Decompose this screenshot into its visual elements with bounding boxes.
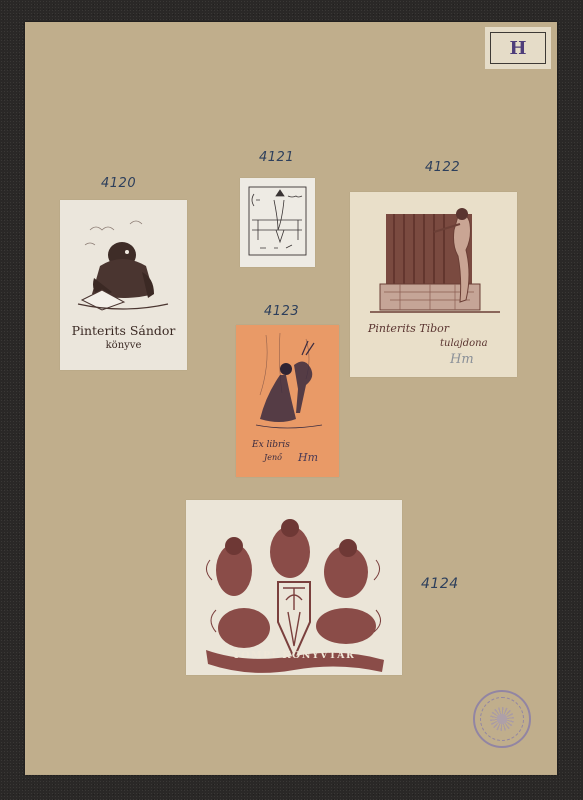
album-sheet: H 4120 Pinterits Sándor könyve 4121 [25, 22, 557, 775]
catalog-number-4121: 4121 [259, 150, 294, 165]
catalog-number-4124: 4124 [421, 576, 459, 592]
bookplate-4123: Ex libris Jenő Hm [236, 325, 339, 477]
dancing-couple-icon [236, 325, 339, 440]
bookplate-4122-subtitle: tulajdona [440, 338, 517, 349]
bookplate-4122: Pinterits Tibor tulajdona Hm [350, 192, 517, 377]
bookplate-4123-signature: Hm [298, 451, 339, 464]
catalog-number-4123: 4123 [264, 304, 299, 319]
monkeys-with-shield-icon [186, 500, 402, 675]
ape-illustration-icon [60, 200, 187, 320]
bookplate-4123-title: Ex libris [252, 440, 339, 450]
bookplate-4124-banner-text: TOMPI KONYVTÁR [186, 650, 402, 661]
catalog-number-4120: 4120 [101, 176, 136, 191]
catalog-number-4122: 4122 [425, 160, 460, 175]
sheet-tag-letter: H [490, 32, 546, 64]
bookplate-4120-subtitle: könyve [60, 340, 187, 351]
bookplate-4122-signature: Hm [450, 352, 517, 367]
bookplate-4120-owner: Pinterits Sándor [60, 323, 187, 338]
sheet-tag: H [485, 27, 551, 69]
nude-at-window-icon [350, 192, 517, 317]
bookplate-4122-owner: Pinterits Tibor [368, 322, 517, 335]
bookplate-4120: Pinterits Sándor könyve [60, 200, 187, 370]
figure-sketch-icon [240, 178, 315, 267]
archive-stamp-icon [473, 690, 531, 748]
bookplate-4124: TOMPI KONYVTÁR [186, 500, 402, 675]
bookplate-4121 [240, 178, 315, 267]
